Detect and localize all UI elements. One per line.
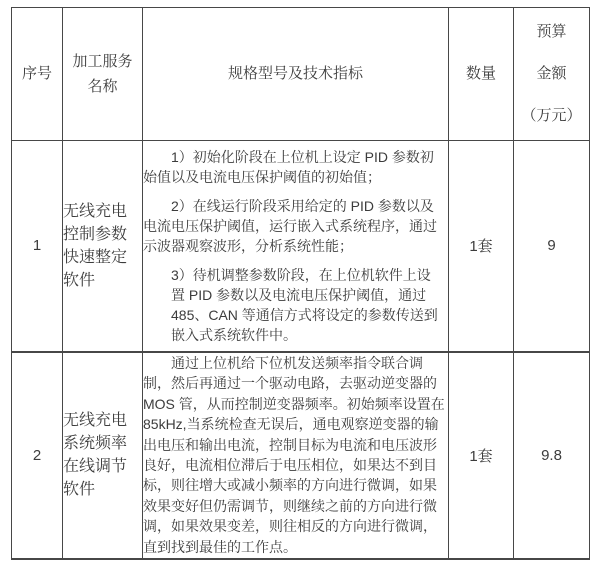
col-header-spec: 规格型号及技术指标 <box>143 8 449 141</box>
spec-paragraph: 2）在线运行阶段采用给定的 PID 参数以及 电流电压保护阈值，运行嵌入式系统程… <box>143 196 448 256</box>
procurement-table: 序号 加工服务 名称 规格型号及技术指标 数量 预算 金额 （万元） 1 无线充… <box>11 7 590 560</box>
service-name-cell: 无线充电 系统频率 在线调节 软件 <box>63 352 143 559</box>
col-header-qty: 数量 <box>449 8 514 141</box>
seq-cell: 2 <box>12 352 63 559</box>
seq-cell: 1 <box>12 141 63 352</box>
table-row: 1 无线充电 控制参数 快速整定 软件 1）初始化阶段在上位机上设定 PID 参… <box>12 141 590 352</box>
table-row: 2 无线充电 系统频率 在线调节 软件 通过上位机给下位机发送频率指令联合调 制… <box>12 352 590 559</box>
table-header-row: 序号 加工服务 名称 规格型号及技术指标 数量 预算 金额 （万元） <box>12 8 590 141</box>
qty-cell: 1套 <box>449 141 514 352</box>
spec-paragraph: 通过上位机给下位机发送频率指令联合调 制，然后再通过一个驱动电路，去驱动逆变器的… <box>143 353 448 557</box>
spec-cell: 1）初始化阶段在上位机上设定 PID 参数初 始值以及电流电压保护阈值的初始值；… <box>143 141 449 352</box>
service-name-cell: 无线充电 控制参数 快速整定 软件 <box>63 141 143 352</box>
document-page: 序号 加工服务 名称 规格型号及技术指标 数量 预算 金额 （万元） 1 无线充… <box>0 0 603 570</box>
col-header-seq: 序号 <box>12 8 63 141</box>
spec-cell: 通过上位机给下位机发送频率指令联合调 制，然后再通过一个驱动电路，去驱动逆变器的… <box>143 352 449 559</box>
budget-cell: 9 <box>514 141 590 352</box>
col-header-budget: 预算 金额 （万元） <box>514 8 590 141</box>
col-header-service-name: 加工服务 名称 <box>63 8 143 141</box>
budget-cell: 9.8 <box>514 352 590 559</box>
qty-cell: 1套 <box>449 352 514 559</box>
spec-paragraph: 1）初始化阶段在上位机上设定 PID 参数初 始值以及电流电压保护阈值的初始值； <box>143 147 448 187</box>
procurement-document: 序号 加工服务 名称 规格型号及技术指标 数量 预算 金额 （万元） 1 无线充… <box>11 7 590 560</box>
spec-paragraph: 3）待机调整参数阶段，在上位机软件上设 置 PID 参数以及电流电压保护阈值，通… <box>143 265 448 345</box>
